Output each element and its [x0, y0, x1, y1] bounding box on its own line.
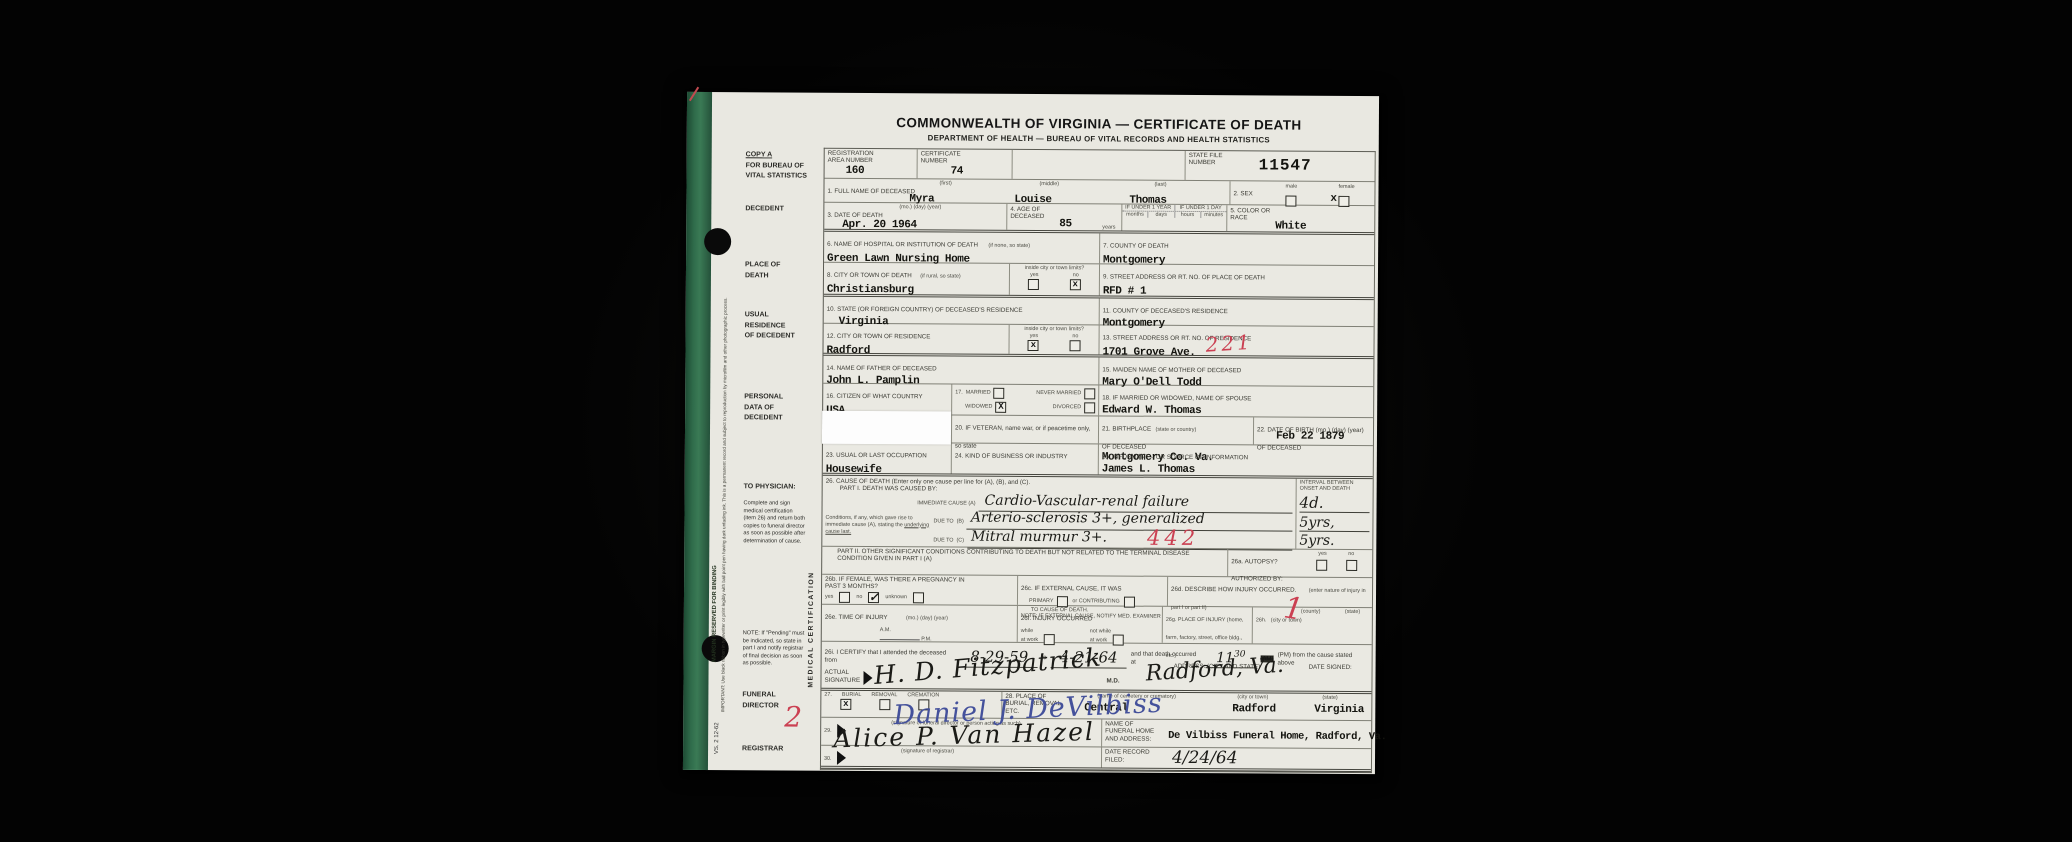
margin-binding-text: MARGIN RESERVED FOR BINDING — [712, 242, 721, 662]
redaction-box — [822, 410, 951, 444]
city-of-death-value: Christiansburg — [827, 283, 1006, 296]
county-of-death-label: 7. COUNTY OF DEATH — [1103, 242, 1168, 249]
cause-b-handwriting: Arterio-sclerosis 3+, generalized — [971, 509, 1205, 526]
cause-c-handwriting: Mitral murmur 3+. — [971, 528, 1107, 545]
cause-a-handwriting: Cardio-Vascular-renal failure — [985, 492, 1190, 509]
autopsy-no-checkbox — [1346, 560, 1357, 571]
stamp-spacer — [1012, 150, 1185, 180]
hospital-label: 6. NAME OF HOSPITAL OR INSTITUTION OF DE… — [827, 240, 978, 248]
street-of-death-value: RFD # 1 — [1103, 285, 1371, 299]
street-of-death-label: 9. STREET ADDRESS OR RT. NO. OF PLACE OF… — [1103, 273, 1265, 281]
label-registrar: REGISTRAR — [742, 744, 783, 755]
autopsy-yes-hint: yes — [1318, 550, 1326, 556]
limits-yes-checkbox-res: x — [1028, 340, 1039, 351]
burial-city-value: Radford — [1232, 703, 1275, 715]
pregnancy-label: 26b. IF FEMALE, WAS THERE A PREGNANCY IN… — [825, 575, 975, 591]
pregnancy-unknown-checkbox — [913, 592, 924, 603]
divorced-label: DIVORCED — [1053, 404, 1082, 410]
informant-value: James L. Thomas — [1102, 463, 1370, 477]
mother-cell: 15. MAIDEN NAME OF MOTHER OF DECEASED Ma… — [1098, 357, 1373, 386]
pregnancy-yes-checkbox — [839, 591, 850, 602]
certificate-subtitle: DEPARTMENT OF HEALTH — BUREAU OF VITAL R… — [824, 133, 1374, 145]
occupation-label: 23. USUAL OR LAST OCCUPATION — [826, 451, 927, 459]
no-mark: x — [1072, 279, 1077, 289]
never-married-checkbox — [1084, 388, 1095, 399]
injury-occurred-cell: 26f. INJURY OCCURRED while at work not w… — [1017, 606, 1162, 643]
full-name-cell: 1. FULL NAME OF DECEASED (first) (middle… — [824, 179, 1229, 205]
burial-checkbox: x — [840, 699, 851, 710]
limits-yes-checkbox — [1028, 279, 1039, 290]
no-hint: no — [1073, 272, 1079, 278]
state-file-label: STATE FILE NUMBER — [1189, 152, 1229, 167]
widowed-label: WIDOWED — [965, 404, 992, 410]
no-hint-res: no — [1072, 333, 1078, 339]
due-to-b-label: DUE TO — [933, 518, 953, 524]
female-hint: female — [1338, 184, 1354, 190]
marital-num: 17. — [955, 390, 963, 396]
spouse-label: 18. IF MARRIED OR WIDOWED, NAME OF SPOUS… — [1102, 394, 1251, 402]
limits-no-checkbox-res — [1069, 340, 1080, 351]
occupation-row: 23. USUAL OR LAST OCCUPATION Housewife 2… — [823, 442, 1373, 478]
registration-area-value: 160 — [846, 165, 914, 177]
mother-label: 15. MAIDEN NAME OF MOTHER OF DECEASED — [1102, 366, 1241, 374]
dob-value: Feb 22 1879 — [1276, 430, 1344, 442]
interval-a: 4d. — [1300, 493, 1370, 512]
pending-note: NOTE: If "Pending" must be indicated, so… — [743, 630, 805, 668]
external-cause-label: 26c. IF EXTERNAL CAUSE, IT WAS — [1021, 585, 1122, 593]
pregnancy-no-checkbox: ✓ — [868, 592, 879, 603]
certificate-number-label: CERTIFICATE NUMBER — [921, 150, 971, 165]
female-mark: x — [1330, 193, 1336, 205]
arrow-marker-icon — [863, 671, 872, 685]
hours-hint: hours — [1175, 212, 1201, 218]
medical-certification-side-label: MEDICAL CERTIFICATION — [807, 478, 815, 688]
age-suffix: years — [1102, 225, 1115, 231]
married-label: MARRIED — [966, 390, 991, 396]
injury-location-cell: 26h. (city or town) (county) (state) — [1252, 607, 1372, 644]
red-annotation-221: 221 — [1205, 330, 1254, 357]
father-label: 14. NAME OF FATHER OF DECEASED — [826, 364, 936, 372]
external-cause-cell: 26c. IF EXTERNAL CAUSE, IT WAS PRIMARY o… — [1017, 576, 1167, 606]
cremation-label: CREMATION — [907, 692, 939, 698]
screenshot-background: MARGIN RESERVED FOR BINDING IMPORTANT: U… — [0, 0, 2072, 842]
date-filed-value: 4/24/64 — [1172, 747, 1238, 767]
veteran-cell: 20. IF VETERAN, name war, or if peacetim… — [951, 415, 1098, 443]
race-value: White — [1275, 221, 1306, 233]
race-cell: 5. COLOR OR RACE White — [1226, 206, 1374, 232]
parents-row: 14. NAME OF FATHER OF DECEASED John L. P… — [823, 355, 1373, 386]
copy-a-line2: FOR BUREAU OF — [746, 162, 804, 169]
injury-county-hint: (county) — [1301, 608, 1321, 614]
residence-state-cell: 10. STATE (OR FOREIGN COUNTRY) OF DECEAS… — [824, 296, 1099, 324]
stamp-row: REGISTRATION AREA NUMBER 160 CERTIFICATE… — [825, 149, 1375, 182]
interval-c: 5yrs. — [1299, 532, 1369, 548]
yes-hint: yes — [1030, 272, 1038, 278]
label-decedent: DECEDENT — [745, 204, 784, 215]
removal-checkbox — [879, 699, 890, 710]
cause-main-cell: 26. CAUSE OF DEATH (Enter only one cause… — [822, 475, 1295, 548]
date-hints: (mo.) (day) (year) — [899, 205, 941, 211]
registration-area-cell: REGISTRATION AREA NUMBER 160 — [825, 149, 917, 178]
certificate-number-value: 74 — [951, 165, 1009, 177]
label-to-physician: TO PHYSICIAN: — [744, 482, 796, 493]
birthplace-hint: (state or country) — [1156, 426, 1197, 432]
dob-cell: 22. DATE OF BIRTH (mo.) (day) (year) OF … — [1253, 417, 1373, 445]
informant-label: 25. INFORMANT – OR SOURCE OF INFORMATION — [1102, 453, 1248, 461]
birthplace-cell: 21. BIRTHPLACE (state or country) OF DEC… — [1098, 416, 1253, 444]
interval-cell: INTERVAL BETWEEN ONSET AND DEATH 4d. 5yr… — [1295, 478, 1372, 548]
female-checkbox — [1338, 196, 1349, 207]
how-injury-cell: 26d. DESCRIBE HOW INJURY OCCURRED. (ente… — [1167, 577, 1372, 607]
immediate-cause-label: IMMEDIATE CAUSE (A) — [826, 499, 976, 506]
first-hint: (first) — [940, 180, 952, 186]
state-file-value: 11547 — [1259, 156, 1372, 175]
copy-a: COPY A — [746, 151, 772, 158]
how-injury-label: 26d. DESCRIBE HOW INJURY OCCURRED. — [1171, 586, 1296, 594]
label-funeral-director: FUNERALDIRECTOR — [742, 690, 779, 711]
minutes-hint: minutes — [1201, 213, 1226, 219]
age-cell: 4. AGE OF DECEASED 85 years — [1006, 204, 1121, 230]
state-file-cell: STATE FILE NUMBER 11547 — [1185, 151, 1375, 181]
residence-city-label: 12. CITY OR TOWN OF RESIDENCE — [827, 332, 931, 340]
burial-state-value: Virginia — [1314, 703, 1364, 715]
death-certificate-document: MARGIN RESERVED FOR BINDING IMPORTANT: U… — [683, 92, 1379, 774]
occupation-cell: 23. USUAL OR LAST OCCUPATION Housewife — [823, 442, 951, 473]
pregnancy-no-mark: ✓ — [869, 590, 879, 604]
name-row: 1. FULL NAME OF DECEASED (first) (middle… — [824, 179, 1374, 207]
time-of-injury-label: 26e. TIME OF INJURY — [825, 613, 888, 620]
birthplace-label: 21. BIRTHPLACE — [1102, 425, 1151, 432]
funeral-home-value: De Vilbiss Funeral Home, Radford, Va. — [1168, 730, 1386, 743]
limits-cell-residence: inside city or town limits? yes no x — [1008, 325, 1098, 355]
occupation-value: Housewife — [826, 463, 948, 476]
last-hint: (last) — [1155, 182, 1167, 188]
widowed-checkbox: X — [995, 401, 1006, 412]
actual-signature-label: ACTUAL SIGNATURE — [824, 669, 860, 684]
autopsy-yes-checkbox — [1316, 559, 1327, 570]
time-of-injury-cell: 26e. TIME OF INJURY (mo.) (day) (year) A… — [822, 604, 1017, 641]
spouse-cell: 18. IF MARRIED OR WIDOWED, NAME OF SPOUS… — [1098, 385, 1373, 417]
funeral-home-cell: NAME OF FUNERAL HOME AND ADDRESS: De Vil… — [1101, 719, 1371, 748]
city-of-death-row: 8. CITY OR TOWN OF DEATH (if rural, so s… — [824, 262, 1374, 299]
age-value: 85 — [1059, 219, 1071, 231]
residence-state-row: 10. STATE (OR FOREIGN COUNTRY) OF DECEAS… — [824, 296, 1374, 326]
certificate-number-cell: CERTIFICATE NUMBER 74 — [917, 149, 1012, 178]
injury-occurred-label: 26f. INJURY OCCURRED — [1021, 615, 1093, 622]
under-year-cell: IF UNDER 1 YEAR IF UNDER 1 DAY months da… — [1121, 205, 1226, 231]
place-of-injury-cell: 26g. PLACE OF INJURY (home, farm, factor… — [1162, 606, 1252, 643]
married-checkbox — [994, 387, 1005, 398]
county-of-death-cell: 7. COUNTY OF DEATH Montgomery — [1099, 233, 1374, 265]
injury-state-hint: (state) — [1345, 609, 1360, 615]
burial-mark: x — [843, 699, 848, 709]
limits-cell-death: inside city or town limits? yes no x — [1009, 264, 1099, 296]
residence-county-label: 11. COUNTY OF DECEASED'S RESIDENCE — [1103, 307, 1228, 315]
residence-county-cell: 11. COUNTY OF DECEASED'S RESIDENCE Montg… — [1099, 298, 1374, 326]
date-of-death-cell: 3. DATE OF DEATH (mo.) (day) (year) Apr.… — [824, 203, 1006, 229]
full-name-label: 1. FULL NAME OF DECEASED — [827, 188, 914, 196]
under-year-label: IF UNDER 1 YEAR — [1122, 205, 1175, 211]
label-place-of-death: PLACE OFDEATH — [745, 260, 781, 281]
middle-hint: (middle) — [1040, 181, 1060, 187]
divorced-checkbox — [1084, 402, 1095, 413]
autopsy-no-hint: no — [1348, 551, 1354, 557]
father-cell: 14. NAME OF FATHER OF DECEASED John L. P… — [823, 355, 1098, 384]
autopsy-cell: 26a. AUTOPSY? yes no AUTHORIZED BY: — [1227, 549, 1372, 577]
death-date-row: 3. DATE OF DEATH (mo.) (day) (year) Apr.… — [824, 203, 1374, 235]
red-code-442: 442 — [1147, 525, 1199, 549]
hospital-hint: (if none, so state) — [988, 242, 1030, 248]
md-label: M.D. — [1106, 677, 1119, 685]
form-number: VS. 2 12-62 — [714, 644, 721, 754]
copy-a-line3: VITAL STATISTICS — [746, 172, 807, 179]
business-cell: 24. KIND OF BUSINESS OR INDUSTRY — [951, 443, 1098, 474]
part2-cell: PART II. OTHER SIGNIFICANT CONDITIONS CO… — [822, 546, 1227, 575]
city-of-death-cell: 8. CITY OR TOWN OF DEATH (if rural, so s… — [824, 262, 1009, 294]
yes-hint-res: yes — [1030, 333, 1038, 339]
limits-no-checkbox: x — [1070, 279, 1081, 290]
burial-state-hint: (state) — [1322, 694, 1337, 700]
date-filed-cell: DATE RECORD FILED: 4/24/64 — [1101, 747, 1371, 769]
under-day-label: IF UNDER 1 DAY — [1175, 205, 1227, 211]
yes-mark-res: x — [1031, 340, 1036, 350]
part2-row: PART II. OTHER SIGNIFICANT CONDITIONS CO… — [822, 546, 1372, 577]
interval-label: INTERVAL BETWEEN ONSET AND DEATH — [1300, 479, 1370, 491]
citizen-label: 16. CITIZEN OF WHAT COUNTRY — [826, 392, 922, 400]
residence-city-row: 12. CITY OR TOWN OF RESIDENCE Radford in… — [823, 323, 1373, 358]
date-of-death-value: Apr. 20 1964 — [842, 219, 916, 231]
label-personal-data: PERSONAL DATA OF DECEDENT — [744, 392, 783, 424]
male-hint: male — [1285, 183, 1297, 189]
due-to-c-label: DUE TO — [933, 537, 953, 543]
registration-area-label: REGISTRATION AREA NUMBER — [828, 150, 886, 165]
residence-state-label: 10. STATE (OR FOREIGN COUNTRY) OF DECEAS… — [827, 305, 1023, 313]
red-annotation-2: 2 — [784, 700, 802, 733]
cause-of-death-row: 26. CAUSE OF DEATH (Enter only one cause… — [822, 475, 1372, 549]
margin-important-text: IMPORTANT: Use black ribbon in typewrite… — [720, 212, 739, 712]
days-hint: days — [1149, 212, 1175, 218]
informant-cell: 25. INFORMANT – OR SOURCE OF INFORMATION… — [1098, 444, 1373, 476]
part2-label: PART II. OTHER SIGNIFICANT CONDITIONS CO… — [837, 547, 1197, 564]
veteran-row: 20. IF VETERAN, name war, or if peacetim… — [823, 414, 1373, 445]
conditions-note: Conditions, if any, which gave rise to i… — [825, 514, 930, 536]
widowed-mark: X — [998, 401, 1003, 411]
binding-margin: MARGIN RESERVED FOR BINDING IMPORTANT: U… — [708, 92, 744, 770]
limits-label-res: inside city or town limits? — [1013, 326, 1096, 333]
business-label: 24. KIND OF BUSINESS OR INDUSTRY — [955, 452, 1068, 460]
limits-label: inside city or town limits? — [1013, 265, 1096, 272]
pregnancy-cell: 26b. IF FEMALE, WAS THERE A PREGNANCY IN… — [822, 574, 1017, 604]
physician-note: Complete and sign medical certification … — [743, 500, 805, 546]
race-label: 5. COLOR OR RACE — [1230, 207, 1274, 222]
label-usual-residence: USUAL RESIDENCE OF DECEDENT — [745, 310, 795, 342]
never-married-label: NEVER MARRIED — [1036, 390, 1081, 396]
sex-label: 2. SEX — [1233, 190, 1252, 197]
age-label: 4. AGE OF DECEASED — [1010, 206, 1060, 221]
city-of-death-hint: (if rural, so state) — [920, 273, 960, 279]
burial-city-hint: (city or town) — [1237, 694, 1268, 700]
burial-label: BURIAL — [842, 692, 862, 698]
funeral-home-label: NAME OF FUNERAL HOME AND ADDRESS: — [1105, 720, 1163, 743]
city-of-death-label: 8. CITY OR TOWN OF DEATH — [827, 271, 912, 279]
autopsy-label: 26a. AUTOPSY? — [1231, 558, 1277, 565]
male-checkbox — [1285, 195, 1296, 206]
months-hint: months — [1122, 212, 1148, 218]
residence-city-cell: 12. CITY OR TOWN OF RESIDENCE Radford — [823, 323, 1008, 353]
interval-b: 5yrs, — [1299, 514, 1369, 531]
sex-cell: 2. SEX male female x — [1229, 181, 1374, 205]
marital-cell: 17. MARRIED NEVER MARRIED WIDOWED X DIVO… — [951, 384, 1098, 415]
hospital-row: 6. NAME OF HOSPITAL OR INSTITUTION OF DE… — [824, 231, 1374, 265]
certificate-title: COMMONWEALTH OF VIRGINIA — CERTIFICATE O… — [824, 115, 1374, 133]
redacted-cell — [823, 414, 951, 442]
hospital-cell: 6. NAME OF HOSPITAL OR INSTITUTION OF DE… — [824, 231, 1099, 263]
time-of-injury-hints: (mo.) (day) (year) — [906, 615, 948, 621]
copy-a-block: COPY A FOR BUREAU OF VITAL STATISTICS — [746, 150, 808, 182]
street-of-death-cell: 9. STREET ADDRESS OR RT. NO. OF PLACE OF… — [1099, 264, 1374, 297]
date-filed-label: DATE RECORD FILED: — [1105, 749, 1155, 764]
removal-label: REMOVAL — [871, 692, 897, 698]
